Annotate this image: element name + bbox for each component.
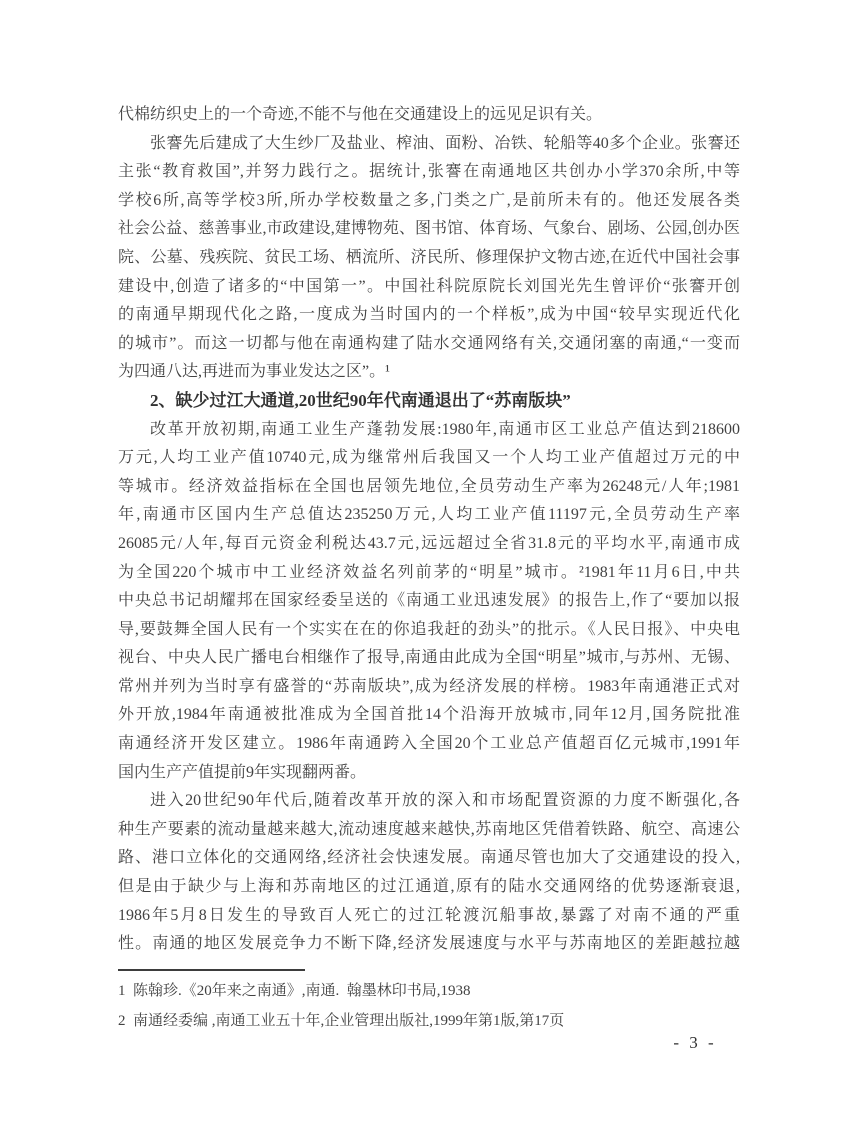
body-line: 等城市。经济效益指标在全国也居领先地位,全员劳动生产率为26248元/人年;19…	[118, 473, 740, 502]
body-line: 学校6所,高等学校3所,所办学校数量之多,门类之广,是前所未有的。他还发展各类	[118, 187, 740, 216]
body-line: 1986年5月8日发生的导致百人死亡的过江轮渡沉船事故,暴露了对南不通的严重	[118, 902, 740, 931]
body-line: 南通经济开发区建立。1986年南通跨入全国20个工业总产值超百亿元城市,1991…	[118, 730, 740, 759]
body-line: 路、港口立体化的交通网络,经济社会快速发展。南通尽管也加大了交通建设的投入,	[118, 844, 740, 873]
document-page: 代棉纺织史上的一个奇迹,不能不与他在交通建设上的远见足识有关。张謇先后建成了大生…	[0, 0, 850, 1146]
document-body: 代棉纺织史上的一个奇迹,不能不与他在交通建设上的远见足识有关。张謇先后建成了大生…	[118, 101, 740, 959]
body-line: 为全国220个城市中工业经济效益名列前茅的“明星”城市。²1981年11月6日,…	[118, 559, 740, 588]
body-line: 国内生产产值提前9年实现翻两番。	[118, 759, 740, 788]
body-line: 视台、中央人民广播电台相继作了报导,南通由此成为全国“明星”城市,与苏州、无锡、	[118, 644, 740, 673]
footnote-divider	[118, 969, 305, 971]
body-line: 代棉纺织史上的一个奇迹,不能不与他在交通建设上的远见足识有关。	[118, 101, 740, 130]
page-number: - 3 -	[660, 1033, 730, 1053]
body-line: 外开放,1984年南通被批准成为全国首批14个沿海开放城市,同年12月,国务院批…	[118, 701, 740, 730]
body-line: 改革开放初期,南通工业生产蓬勃发展:1980年,南通市区工业总产值达到21860…	[118, 416, 740, 445]
body-line: 种生产要素的流动量越来越大,流动速度越来越快,苏南地区凭借着铁路、航空、高速公	[118, 816, 740, 845]
body-line: 为四通八达,再进而为事业发达之区”。¹	[118, 358, 740, 387]
footnote-line: 2 南通经委编 ,南通工业五十年,企业管理出版社,1999年第1版,第17页	[118, 1006, 740, 1036]
body-line: 院、公墓、残疾院、贫民工场、栖流所、济民所、修理保护文物古迹,在近代中国社会事业	[118, 244, 740, 273]
body-line: 但是由于缺少与上海和苏南地区的过江通道,原有的陆水交通网络的优势逐渐衰退,	[118, 873, 740, 902]
body-line: 社会公益、慈善事业,市政建设,建博物苑、图书馆、体育场、气象台、剧场、公园,创办…	[118, 215, 740, 244]
body-line: 万元,人均工业产值10740元,成为继常州后我国又一个人均工业产值超过万元的中	[118, 444, 740, 473]
section-heading: 2、缺少过江大通道,20世纪90年代南通退出了“苏南版块”	[118, 387, 740, 416]
body-line: 张謇先后建成了大生纱厂及盐业、榨油、面粉、冶铁、轮船等40多个企业。张謇还	[118, 130, 740, 159]
body-line: 中央总书记胡耀邦在国家经委呈送的《南通工业迅速发展》的报告上,作了“要加以报	[118, 587, 740, 616]
body-line: 主张“教育救国”,并努力践行之。据统计,张謇在南通地区共创办小学370余所,中等	[118, 158, 740, 187]
footnotes: 1 陈翰珍.《20年来之南通》,南通. 翰墨林印书局,19382 南通经委编 ,…	[118, 976, 740, 1036]
body-line: 进入20世纪90年代后,随着改革开放的深入和市场配置资源的力度不断强化,各	[118, 787, 740, 816]
body-line: 26085元/人年,每百元资金利税达43.7元,远远超过全省31.8元的平均水平…	[118, 530, 740, 559]
body-line: 导,要鼓舞全国人民有一个实实在在的你追我赶的劲头”的批示。《人民日报》、中央电	[118, 616, 740, 645]
body-line: 的城市”。而这一切都与他在南通构建了陆水交通网络有关,交通闭塞的南通,“一变而	[118, 330, 740, 359]
body-line: 建设中,创造了诸多的“中国第一”。中国社科院原院长刘国光先生曾评价“张謇开创	[118, 273, 740, 302]
body-line: 的南通早期现代化之路,一度成为当时国内的一个样板”,成为中国“较早实现近代化	[118, 301, 740, 330]
body-line: 常州并列为当时享有盛誉的“苏南版块”,成为经济发展的样榜。1983年南通港正式对	[118, 673, 740, 702]
body-line: 性。南通的地区发展竞争力不断下降,经济发展速度与水平与苏南地区的差距越拉越	[118, 930, 740, 959]
body-line: 年,南通市区国内生产总值达235250万元,人均工业产值11197元,全员劳动生…	[118, 501, 740, 530]
footnote-line: 1 陈翰珍.《20年来之南通》,南通. 翰墨林印书局,1938	[118, 976, 740, 1006]
